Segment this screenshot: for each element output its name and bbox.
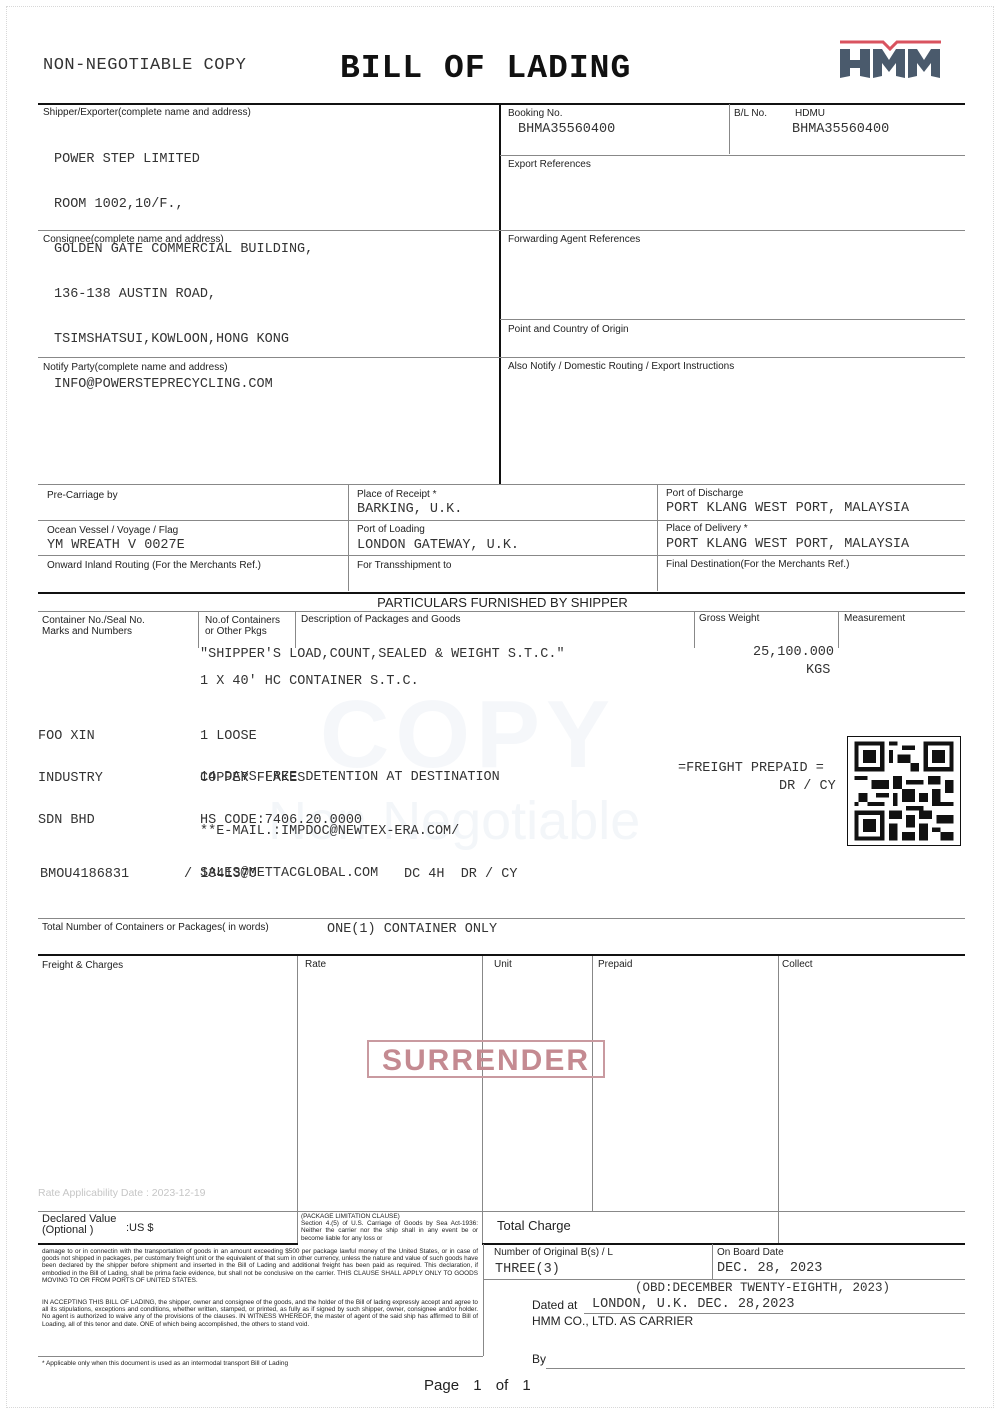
- package-limitation-clause: (PACKAGE LIMITATION CLAUSE) Section 4.(5…: [301, 1213, 478, 1242]
- document-title: BILL OF LADING: [340, 50, 631, 87]
- col-pkgs-header: No.of Containers or Other Pkgs: [205, 615, 280, 637]
- shipper-line: 136-138 AUSTIN ROAD,: [54, 287, 313, 302]
- qr-code-icon: [847, 736, 961, 846]
- signature-by-label: By: [532, 1352, 546, 1366]
- bl-no-prefix: HDMU: [795, 108, 825, 120]
- rule: [38, 484, 965, 485]
- slc-clause: "SHIPPER'S LOAD,COUNT,SEALED & WEIGHT S.…: [200, 647, 565, 662]
- rule: [38, 555, 965, 556]
- place-of-receipt-value: BARKING, U.K.: [357, 502, 462, 517]
- container-type: DC 4H DR / CY: [404, 867, 517, 882]
- originals-value: THREE(3): [495, 1262, 560, 1277]
- declared-value-label: Declared Value (Optional ): [42, 1214, 116, 1236]
- rule: [38, 611, 965, 612]
- rule: [38, 1356, 483, 1357]
- detention-text: 14 DAYS FREE DETENTION AT DESTINATION: [200, 770, 500, 785]
- obd-words: (OBD:DECEMBER TWENTY-EIGHTH, 2023): [635, 1281, 890, 1295]
- charges-rule: [38, 954, 965, 956]
- also-notify-label: Also Notify / Domestic Routing / Export …: [508, 361, 734, 373]
- shipper-line: TSIMSHATSUI,KOWLOON,HONG KONG: [54, 332, 313, 347]
- charges-divider: [592, 956, 593, 1211]
- port-of-loading-label: Port of Loading: [357, 524, 425, 536]
- export-references-label: Export References: [508, 159, 591, 171]
- col-collect: Collect: [782, 959, 813, 971]
- charges-divider: [297, 956, 298, 1243]
- signature-line[interactable]: [546, 1368, 965, 1369]
- forwarding-agent-label: Forwarding Agent References: [508, 234, 640, 246]
- page-of-label: of: [496, 1377, 509, 1394]
- transshipment-label: For Transshipment to: [357, 560, 451, 572]
- point-of-origin-label: Point and Country of Origin: [508, 324, 629, 336]
- booking-no-value: BHMA35560400: [518, 122, 615, 137]
- rule: [500, 155, 965, 156]
- gross-weight-unit: KGS: [806, 663, 830, 678]
- page-indicator: Page 1 of 1: [424, 1377, 531, 1394]
- acceptance-clause: IN ACCEPTING THIS BILL OF LADING, the sh…: [42, 1299, 478, 1328]
- ocean-vessel-value: YM WREATH V 0027E: [47, 538, 185, 553]
- rule: [500, 319, 965, 320]
- bl-no-value: BHMA35560400: [792, 122, 889, 137]
- shipper-line: ROOM 1002,10/F.,: [54, 197, 313, 212]
- charges-divider: [778, 956, 779, 1243]
- place-of-delivery-label: Place of Delivery *: [666, 523, 748, 535]
- routing-divider: [348, 485, 349, 591]
- on-board-date-label: On Board Date: [717, 1247, 784, 1259]
- routing-divider: [657, 485, 658, 591]
- column-divider: [838, 612, 839, 648]
- originals-label: Number of Original B(s) / L: [494, 1247, 613, 1259]
- top-rule: [38, 103, 965, 105]
- ocean-vessel-label: Ocean Vessel / Voyage / Flag: [47, 525, 178, 537]
- col-freight-charges: Freight & Charges: [42, 960, 123, 972]
- surrender-stamp: SURRENDER: [367, 1040, 605, 1078]
- pre-carriage-label: Pre-Carriage by: [47, 490, 118, 502]
- rate-applicability-date: Rate Applicability Date : 2023-12-19: [38, 1187, 206, 1199]
- on-board-date-value: DEC. 28, 2023: [717, 1261, 822, 1276]
- rule: [38, 1211, 965, 1212]
- rule: [482, 1243, 965, 1245]
- divider: [483, 1244, 484, 1356]
- dated-at-value: LONDON, U.K. DEC. 28,2023: [592, 1297, 795, 1312]
- freight-terms: =FREIGHT PREPAID =: [678, 761, 824, 776]
- consignee-label: Consignee(complete name and address): [43, 234, 224, 246]
- col-rate: Rate: [305, 959, 326, 971]
- onward-inland-label: Onward Inland Routing (For the Merchants…: [47, 560, 261, 572]
- col-gross-weight-header: Gross Weight: [699, 613, 759, 625]
- hmm-logo-icon: [838, 38, 943, 84]
- place-of-delivery-value: PORT KLANG WEST PORT, MALAYSIA: [666, 537, 909, 552]
- page-label: Page: [424, 1377, 459, 1394]
- rule: [484, 1279, 965, 1280]
- goods-line: 1 LOOSE: [200, 730, 362, 744]
- liability-clause: damage to or in connectin with the trans…: [42, 1248, 478, 1284]
- rule: [38, 918, 965, 919]
- freight-service: DR / CY: [779, 779, 836, 794]
- page-total: 1: [522, 1377, 530, 1394]
- rule: [38, 1243, 298, 1245]
- col-marks-header: Container No./Seal No. Marks and Numbers: [42, 615, 145, 637]
- column-divider: [198, 612, 199, 648]
- container-number: BMOU4186831: [40, 867, 129, 882]
- column-divider: [694, 612, 695, 648]
- container-line: 1 X 40' HC CONTAINER S.T.C.: [200, 674, 419, 689]
- total-packages-label: Total Number of Containers or Packages( …: [42, 922, 269, 934]
- notify-party-label: Notify Party(complete name and address): [43, 362, 228, 374]
- rule: [38, 520, 965, 521]
- total-packages-value: ONE(1) CONTAINER ONLY: [327, 922, 497, 937]
- bl-no-label: B/L No.: [734, 108, 767, 120]
- carrier-name: HMM CO., LTD. AS CARRIER: [532, 1314, 693, 1328]
- gross-weight-value: 25,100.000: [753, 645, 834, 660]
- marks-and-numbers: FOO XIN INDUSTRY SDN BHD: [38, 702, 103, 842]
- particulars-title: PARTICULARS FURNISHED BY SHIPPER: [40, 595, 965, 610]
- total-charge-label: Total Charge: [497, 1218, 571, 1233]
- booking-no-label: Booking No.: [508, 108, 562, 120]
- port-of-loading-value: LONDON GATEWAY, U.K.: [357, 538, 519, 553]
- port-of-discharge-label: Port of Discharge: [666, 488, 743, 500]
- center-divider: [499, 104, 501, 484]
- col-unit: Unit: [494, 959, 512, 971]
- marks-line: INDUSTRY: [38, 772, 103, 786]
- charges-divider: [482, 956, 483, 1243]
- col-description-header: Description of Packages and Goods: [301, 614, 461, 626]
- email-line: **E-MAIL.:IMPDOC@NEWTEX-ERA.COM/: [200, 825, 459, 839]
- intermodal-footnote: * Applicable only when this document is …: [42, 1360, 288, 1367]
- declared-value-currency: :US $: [126, 1222, 154, 1234]
- shipper-line: POWER STEP LIMITED: [54, 152, 313, 167]
- shipper-line: INFO@POWERSTEPRECYCLING.COM: [54, 377, 313, 392]
- port-of-discharge-value: PORT KLANG WEST PORT, MALAYSIA: [666, 501, 909, 516]
- col-measurement-header: Measurement: [844, 613, 905, 625]
- col-prepaid: Prepaid: [598, 959, 632, 971]
- divider: [712, 1244, 713, 1280]
- booking-bl-divider: [729, 104, 730, 154]
- marks-line: FOO XIN: [38, 730, 103, 744]
- copy-type-label: NON-NEGOTIABLE COPY: [43, 56, 246, 75]
- seal-number: / 1341370: [184, 867, 257, 882]
- page-current: 1: [473, 1377, 481, 1394]
- particulars-rule: [38, 592, 965, 594]
- declared-value-line: (Optional ): [42, 1225, 116, 1236]
- marks-line: SDN BHD: [38, 814, 103, 828]
- column-divider: [295, 612, 296, 648]
- shipper-label: Shipper/Exporter(complete name and addre…: [43, 107, 251, 119]
- final-destination-label: Final Destination(For the Merchants Ref.…: [666, 559, 849, 571]
- place-of-receipt-label: Place of Receipt *: [357, 489, 437, 501]
- dated-at-label: Dated at: [532, 1298, 577, 1312]
